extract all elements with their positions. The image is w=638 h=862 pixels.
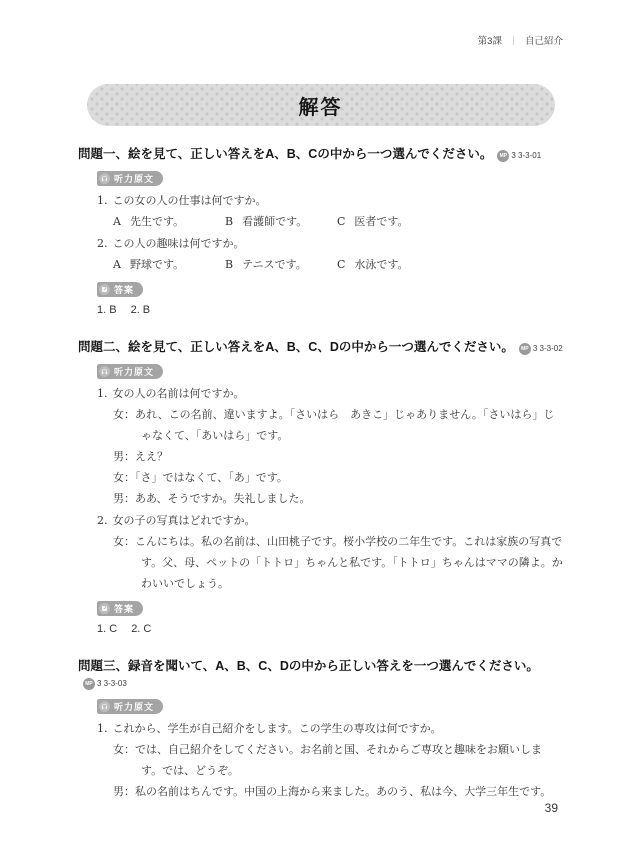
option-c: C水泳です。 xyxy=(337,254,409,275)
lesson-number: 第3課 xyxy=(478,33,502,47)
answers-line: 1. C2. C xyxy=(97,619,563,640)
option-b-label: B xyxy=(225,258,233,271)
answer-badge-label: 答案 xyxy=(114,283,134,296)
headphones-icon xyxy=(99,173,110,184)
option-c-text: 医者です。 xyxy=(354,215,408,228)
answer-value: 1. C xyxy=(97,623,117,635)
dialogue-line: 男：私の名前はちんです。中国の上海から来ました。あのう、私は今、大学三年生です。 xyxy=(113,781,563,802)
question-number: 1. xyxy=(97,387,108,400)
question-line: 2.この人の趣味は何ですか。 xyxy=(97,233,563,254)
memo-icon xyxy=(99,603,110,614)
mp3-disc-icon: MP xyxy=(519,343,531,355)
dialogue-line: 女：あれ、この名前、違いますよ。「さいはら あきこ」じゃありません。「さいはら」… xyxy=(113,404,563,446)
option-c-label: C xyxy=(337,215,345,228)
question-number: 2. xyxy=(97,514,108,527)
listening-script-label: 听力原文 xyxy=(114,700,154,713)
headphones-icon xyxy=(99,366,110,377)
dialogue-text: 「さ」ではなくて、「あ」です。 xyxy=(135,471,288,484)
listening-script-label: 听力原文 xyxy=(114,365,154,378)
question-item: 2.この人の趣味は何ですか。 A野球です。 Bテニスです。 C水泳です。 xyxy=(97,233,563,275)
banner-title: 解答 xyxy=(299,91,343,120)
audio-track-chip: MP3 3-3-01 xyxy=(497,148,541,164)
listening-script-badge: 听力原文 xyxy=(97,364,163,379)
mp3-disc-icon: MP xyxy=(497,150,509,162)
headphones-icon xyxy=(99,701,110,712)
question-line: 1.この女の人の仕事は何ですか。 xyxy=(97,190,563,211)
question-item: 2.女の子の写真はどれですか。 女：こんにちは。私の名前は、山田桃子です。桜小学… xyxy=(97,510,563,594)
question-item: 1.女の人の名前は何ですか。 女：あれ、この名前、違いますよ。「さいはら あきこ… xyxy=(97,383,563,509)
problem-3-script: 听力原文 1.これから、学生が自己紹介をします。この学生の専攻は何ですか。 女：… xyxy=(97,692,563,802)
problem-2-section: 問題二、絵を見て、正しい答えをA、B、C、Dの中から一つ選んでください。MP3 … xyxy=(78,339,563,640)
problem-2-heading: 問題二、絵を見て、正しい答えをA、B、C、Dの中から一つ選んでください。MP3 … xyxy=(78,339,563,357)
option-b-label: B xyxy=(225,215,233,228)
audio-track-label: 3 3-3-03 xyxy=(97,676,127,692)
speaker-label: 男： xyxy=(113,492,135,505)
chapter-title: 自己紹介 xyxy=(525,33,563,47)
dialogue-line: 男：ええ？ xyxy=(113,446,563,467)
question-text: 女の人の名前は何ですか。 xyxy=(113,387,245,400)
option-a-label: A xyxy=(113,215,121,228)
question-item: 1.これから、学生が自己紹介をします。この学生の専攻は何ですか。 女：では、自己… xyxy=(97,718,563,802)
dialogue-line: 女：こんにちは。私の名前は、山田桃子です。桜小学校の二年生です。これは家族の写真… xyxy=(113,531,563,594)
dialogue-text: では、自己紹介をしてください。お名前と国、それからご専攻と趣味をお願いします。で… xyxy=(135,743,542,777)
answer-badge-label: 答案 xyxy=(114,602,134,615)
option-c-text: 水泳です。 xyxy=(354,258,408,271)
answer-badge: 答案 xyxy=(97,601,143,616)
question-text: 女の子の写真はどれですか。 xyxy=(113,514,256,527)
speaker-label: 男： xyxy=(113,785,135,798)
question-number: 2. xyxy=(97,237,108,250)
header-separator: ｜ xyxy=(509,34,518,47)
dialogue-text: ええ？ xyxy=(135,450,168,463)
question-text: この人の趣味は何ですか。 xyxy=(113,237,245,250)
dialogue-text: ああ、そうですか。失礼しました。 xyxy=(135,492,311,505)
answer-badge: 答案 xyxy=(97,282,143,297)
audio-track-chip: MP3 3-3-02 xyxy=(519,341,563,357)
speaker-label: 女： xyxy=(113,535,135,548)
audio-track-label: 3 3-3-02 xyxy=(533,341,563,357)
answers-banner: 解答 xyxy=(87,84,555,126)
problem-1-script: 听力原文 1.この女の人の仕事は何ですか。 A先生です。 B看護師です。 C医者… xyxy=(97,164,563,321)
dialogue-block: 女：では、自己紹介をしてください。お名前と国、それからご専攻と趣味をお願いします… xyxy=(97,739,563,802)
problem-2-heading-text: 問題二、絵を見て、正しい答えをA、B、C、Dの中から一つ選んでください。 xyxy=(78,340,514,354)
problem-1-heading: 問題一、絵を見て、正しい答えをA、B、Cの中から一つ選んでください。MP3 3-… xyxy=(78,146,563,164)
speaker-label: 男： xyxy=(113,450,135,463)
answer-value: 2. C xyxy=(131,623,151,635)
question-line: 1.これから、学生が自己紹介をします。この学生の専攻は何ですか。 xyxy=(97,718,563,739)
option-a-text: 野球です。 xyxy=(130,258,184,271)
speaker-label: 女： xyxy=(113,408,135,421)
page-number: 39 xyxy=(545,801,558,815)
mp3-disc-icon: MP xyxy=(83,678,95,690)
question-number: 1. xyxy=(97,722,108,735)
option-a-text: 先生です。 xyxy=(130,215,184,228)
dialogue-text: 私の名前はちんです。中国の上海から来ました。あのう、私は今、大学三年生です。 xyxy=(135,785,551,798)
listening-script-badge: 听力原文 xyxy=(97,699,163,714)
question-line: 1.女の人の名前は何ですか。 xyxy=(97,383,563,404)
option-b-text: テニスです。 xyxy=(242,258,307,271)
dialogue-line: 男：ああ、そうですか。失礼しました。 xyxy=(113,488,563,509)
answers-line: 1. B2. B xyxy=(97,300,563,321)
answer-value: 2. B xyxy=(131,304,151,316)
option-b: B看護師です。 xyxy=(225,211,337,232)
problem-1-heading-text: 問題一、絵を見て、正しい答えをA、B、Cの中から一つ選んでください。 xyxy=(78,147,492,161)
listening-script-label: 听力原文 xyxy=(114,172,154,185)
option-c: C医者です。 xyxy=(337,211,409,232)
dialogue-block: 女：あれ、この名前、違いますよ。「さいはら あきこ」じゃありません。「さいはら」… xyxy=(97,404,563,509)
memo-icon xyxy=(99,284,110,295)
dialogue-line: 女：「さ」ではなくて、「あ」です。 xyxy=(113,467,563,488)
question-item: 1.この女の人の仕事は何ですか。 A先生です。 B看護師です。 C医者です。 xyxy=(97,190,563,232)
question-text: この女の人の仕事は何ですか。 xyxy=(113,194,267,207)
option-b-text: 看護師です。 xyxy=(242,215,307,228)
speaker-label: 女： xyxy=(113,471,135,484)
problem-2-script: 听力原文 1.女の人の名前は何ですか。 女：あれ、この名前、違いますよ。「さいは… xyxy=(97,357,563,640)
option-b: Bテニスです。 xyxy=(225,254,337,275)
problem-1-section: 問題一、絵を見て、正しい答えをA、B、Cの中から一つ選んでください。MP3 3-… xyxy=(78,146,563,321)
options-row: A野球です。 Bテニスです。 C水泳です。 xyxy=(97,254,563,275)
problem-3-heading-text: 問題三、録音を聞いて、A、B、C、Dの中から正しい答えを一つ選んでください。 xyxy=(78,659,539,673)
listening-script-badge: 听力原文 xyxy=(97,171,163,186)
problem-3-heading: 問題三、録音を聞いて、A、B、C、Dの中から正しい答えを一つ選んでください。MP… xyxy=(78,658,563,692)
option-a: A先生です。 xyxy=(113,211,225,232)
dialogue-text: あれ、この名前、違いますよ。「さいはら あきこ」じゃありません。「さいはら」じゃ… xyxy=(135,408,554,442)
option-a-label: A xyxy=(113,258,121,271)
speaker-label: 女： xyxy=(113,743,135,756)
options-row: A先生です。 B看護師です。 C医者です。 xyxy=(97,211,563,232)
option-c-label: C xyxy=(337,258,345,271)
dialogue-text: こんにちは。私の名前は、山田桃子です。桜小学校の二年生です。これは家族の写真です… xyxy=(135,535,563,590)
question-text: これから、学生が自己紹介をします。この学生の専攻は何ですか。 xyxy=(113,722,442,735)
dialogue-block: 女：こんにちは。私の名前は、山田桃子です。桜小学校の二年生です。これは家族の写真… xyxy=(97,531,563,594)
question-number: 1. xyxy=(97,194,108,207)
answer-value: 1. B xyxy=(97,304,117,316)
option-a: A野球です。 xyxy=(113,254,225,275)
dialogue-line: 女：では、自己紹介をしてください。お名前と国、それからご専攻と趣味をお願いします… xyxy=(113,739,563,781)
textbook-page: 第3課 ｜ 自己紹介 解答 問題一、絵を見て、正しい答えをA、B、Cの中から一つ… xyxy=(0,0,638,862)
audio-track-chip: MP3 3-3-03 xyxy=(83,676,127,692)
problem-3-section: 問題三、録音を聞いて、A、B、C、Dの中から正しい答えを一つ選んでください。MP… xyxy=(78,658,563,802)
audio-track-label: 3 3-3-01 xyxy=(511,148,541,164)
question-line: 2.女の子の写真はどれですか。 xyxy=(97,510,563,531)
running-header: 第3課 ｜ 自己紹介 xyxy=(78,34,563,46)
